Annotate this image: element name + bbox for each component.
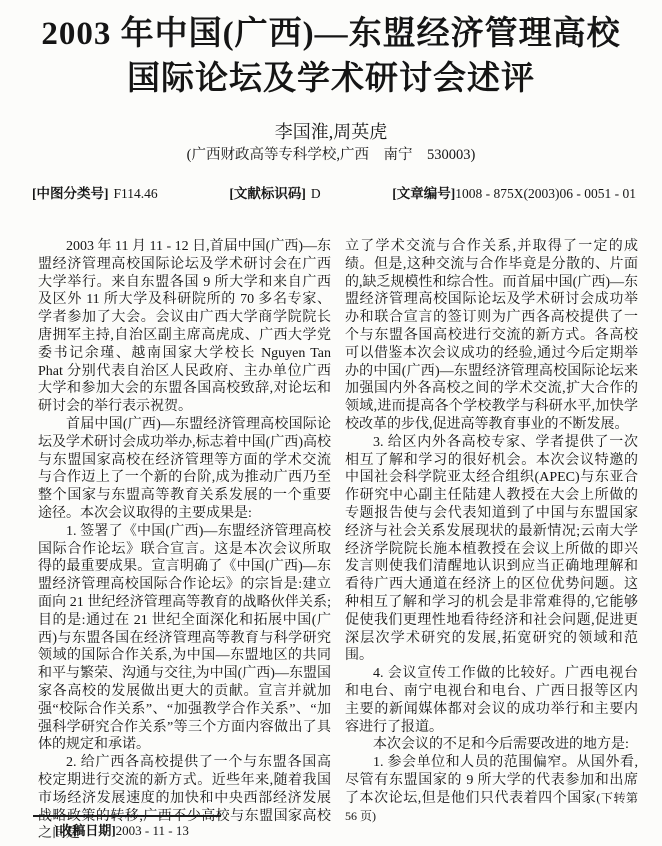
article-metadata: [中图分类号]F114.46 [文献标识码]D [文章编号]1008 - 875… bbox=[32, 186, 636, 202]
footnote-divider bbox=[33, 815, 221, 817]
paragraph: 3. 给区内外各高校专家、学者提供了一次相互了解和学习的很好机会。本次会议特邀的… bbox=[345, 434, 638, 665]
received-date-label: [收稿日期] bbox=[55, 823, 116, 838]
paragraph: 立了学术交流与合作关系,并取得了一定的成绩。但是,这种交流与合作毕竟是分散的、片… bbox=[345, 238, 638, 434]
document-code-value: D bbox=[311, 186, 321, 201]
article-id-value: 1008 - 875X(2003)06 - 0051 - 01 bbox=[455, 186, 636, 201]
article-page: 2003 年中国(广西)—东盟经济管理高校 国际论坛及学术研讨会述评 李国淮,周… bbox=[0, 0, 662, 846]
paragraph: 首届中国(广西)—东盟经济管理高校国际论坛及学术研讨会成功举办,标志着中国(广西… bbox=[38, 416, 331, 523]
article-id: [文章编号]1008 - 875X(2003)06 - 0051 - 01 bbox=[392, 186, 636, 202]
paragraph-text: 1. 参会单位和人员的范围偏窄。从国外看,尽管有东盟国家的 9 所大学的代表参加… bbox=[345, 755, 638, 806]
paragraph: 2003 年 11 月 11 - 12 日,首届中国(广西)—东盟经济管理高校国… bbox=[38, 238, 331, 416]
document-code: [文献标识码]D bbox=[229, 186, 320, 202]
clc-value: F114.46 bbox=[114, 186, 158, 201]
left-column: 2003 年 11 月 11 - 12 日,首届中国(广西)—东盟经济管理高校国… bbox=[38, 238, 331, 843]
clc-label: [中图分类号] bbox=[32, 186, 109, 201]
paragraph: 本次会议的不足和今后需要改进的地方是: bbox=[345, 736, 638, 754]
article-title-line1: 2003 年中国(广西)—东盟经济管理高校 bbox=[24, 12, 638, 57]
article-title: 2003 年中国(广西)—东盟经济管理高校 国际论坛及学术研讨会述评 bbox=[24, 12, 638, 102]
document-code-label: [文献标识码] bbox=[229, 186, 306, 201]
article-title-line2: 国际论坛及学术研讨会述评 bbox=[24, 57, 638, 102]
body-columns: 2003 年 11 月 11 - 12 日,首届中国(广西)—东盟经济管理高校国… bbox=[38, 238, 638, 843]
authors: 李国淮,周英虎 bbox=[0, 122, 662, 143]
right-column: 立了学术交流与合作关系,并取得了一定的成绩。但是,这种交流与合作毕竟是分散的、片… bbox=[345, 238, 638, 843]
paragraph: 4. 会议宣传工作做的比较好。广西电视台和电台、南宁电视台和电台、广西日报等区内… bbox=[345, 665, 638, 736]
paragraph: 1. 参会单位和人员的范围偏窄。从国外看,尽管有东盟国家的 9 所大学的代表参加… bbox=[345, 754, 638, 825]
article-id-label: [文章编号] bbox=[392, 186, 455, 201]
clc-number: [中图分类号]F114.46 bbox=[32, 186, 158, 202]
paragraph: 1. 签署了《中国(广西)—东盟经济管理高校国际合作论坛》联合宣言。这是本次会议… bbox=[38, 523, 331, 754]
received-date-footnote: [收稿日期]2003 - 11 - 13 bbox=[33, 815, 221, 838]
received-date-value: 2003 - 11 - 13 bbox=[116, 823, 189, 838]
affiliation: (广西财政高等专科学校,广西 南宁 530003) bbox=[0, 147, 662, 164]
